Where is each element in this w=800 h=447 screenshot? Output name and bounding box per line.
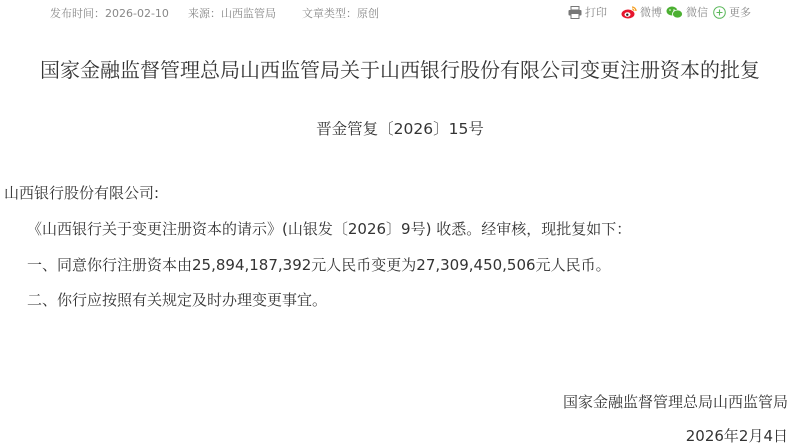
- share-more-button[interactable]: 更多: [713, 4, 751, 20]
- body-paragraph-1: 《山西银行关于变更注册资本的请示》(山银发〔2026〕9号) 收悉。经审核，现批…: [27, 218, 631, 239]
- body-paragraph-2: 一、同意你行注册资本由25,894,187,392元人民币变更为27,309,4…: [27, 254, 611, 275]
- share-weibo-button[interactable]: 微博: [621, 4, 662, 20]
- publish-time: 发布时间：2026-02-10: [50, 5, 169, 21]
- issue-date: 2026年2月4日: [686, 425, 788, 446]
- article-type: 文章类型：原创: [302, 5, 379, 21]
- plus-circle-icon: [713, 6, 726, 19]
- share-wechat-button[interactable]: 微信: [666, 4, 708, 20]
- wechat-icon: [666, 6, 683, 19]
- printer-icon: [568, 6, 582, 19]
- more-label: 更多: [729, 4, 751, 20]
- print-button[interactable]: 打印: [568, 4, 607, 20]
- source: 来源：山西监管局: [188, 5, 276, 21]
- wechat-label: 微信: [686, 4, 708, 20]
- document-title: 国家金融监督管理总局山西监管局关于山西银行股份有限公司变更注册资本的批复: [0, 54, 800, 83]
- article-meta-bar: 发布时间：2026-02-10 来源：山西监管局 文章类型：原创 打印 微博 微…: [0, 0, 800, 24]
- addressee: 山西银行股份有限公司:: [4, 182, 159, 203]
- document-number: 晋金管复〔2026〕15号: [0, 117, 800, 139]
- weibo-label: 微博: [640, 4, 662, 20]
- issuing-authority: 国家金融监督管理总局山西监管局: [563, 391, 788, 412]
- weibo-icon: [621, 6, 637, 19]
- body-paragraph-3: 二、你行应按照有关规定及时办理变更事宜。: [27, 289, 327, 310]
- print-label: 打印: [585, 4, 607, 20]
